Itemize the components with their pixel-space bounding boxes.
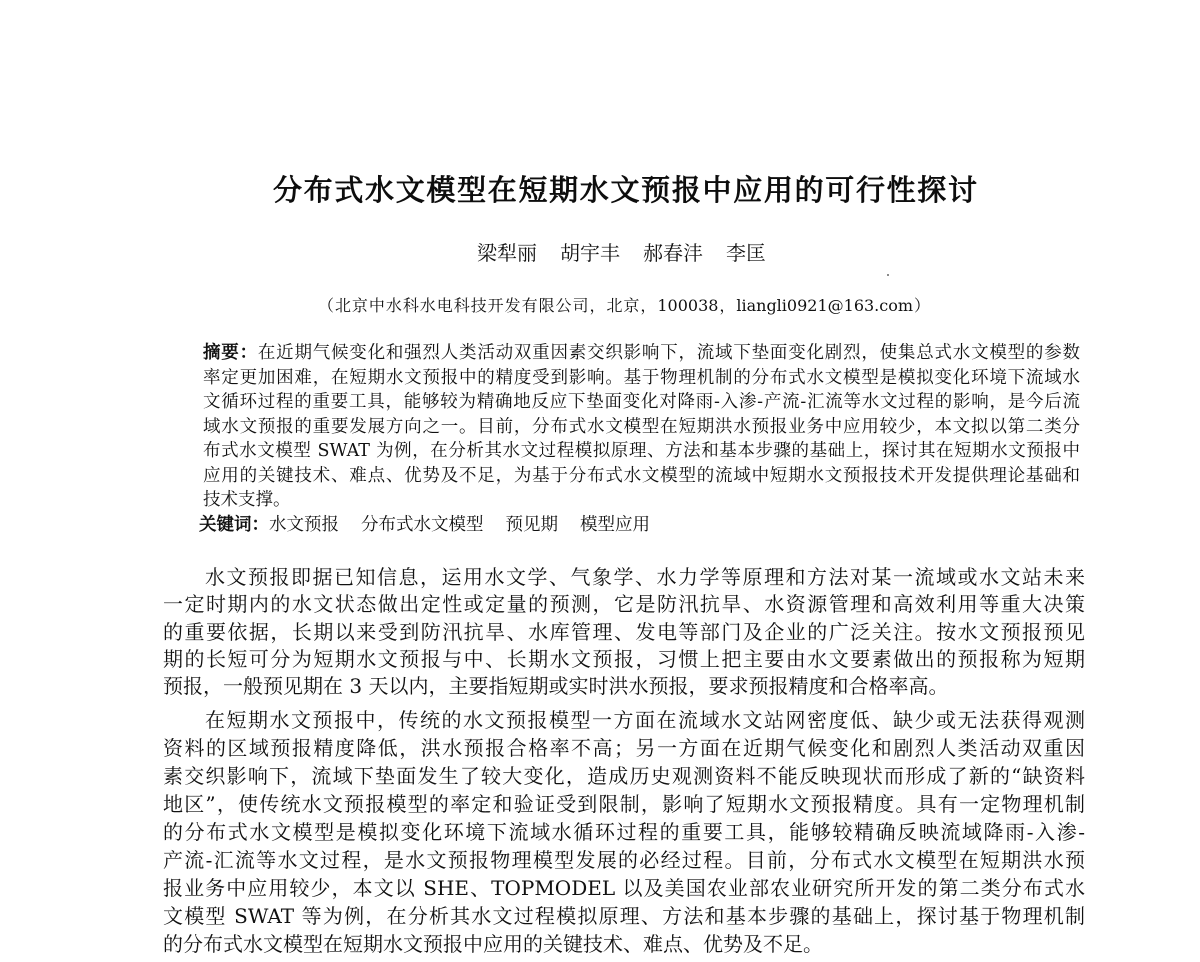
abstract-line: 域水文预报的重要发展方向之一。目前，分布式水文模型在短期洪水预报业务中应用较少，… bbox=[203, 415, 1080, 440]
author-list: 梁犁丽 胡宇丰 郝春沣 李匡 bbox=[477, 241, 766, 265]
author-name: 梁犁丽 bbox=[477, 241, 537, 265]
abstract-block: 摘要：在近期气候变化和强烈人类活动双重因素交织影响下，流域下垫面变化剧烈，使集总… bbox=[203, 341, 1080, 513]
author-name: 胡宇丰 bbox=[560, 241, 620, 265]
abstract-line: 布式水文模型 SWAT 为例，在分析其水文过程模拟原理、方法和基本步骤的基础上，… bbox=[203, 439, 1080, 464]
body-line: 资料的区域预报精度降低，洪水预报合格率不高；另一方面在近期气候变化和剧烈人类活动… bbox=[163, 734, 1085, 762]
body-line: 一定时期内的水文状态做出定性或定量的预测，它是防汛抗旱、水资源管理和高效利用等重… bbox=[163, 591, 1085, 618]
body-line: 报业务中应用较少，本文以 SHE、TOPMODEL 以及美国农业部农业研究所开发… bbox=[163, 874, 1085, 902]
abstract-line: 技术支撑。 bbox=[203, 488, 1080, 513]
abstract-line: 文循环过程的重要工具，能够较为精确地反应下垫面变化对降雨-入渗-产流-汇流等水文… bbox=[203, 390, 1080, 415]
abstract-text: 在近期气候变化和强烈人类活动双重因素交织影响下，流域下垫面变化剧烈，使集总式水文… bbox=[258, 343, 1080, 363]
scan-speck bbox=[887, 274, 889, 276]
author-affiliation: （北京中水科水电科技开发有限公司，北京，100038，liangli0921@1… bbox=[318, 296, 930, 316]
body-line: 的分布式水文模型是模拟变化环境下流域水循环过程的重要工具，能够较精确反映流域降雨… bbox=[163, 818, 1085, 846]
body-line: 水文预报即据已知信息，运用水文学、气象学、水力学等原理和方法对某一流域或水文站未… bbox=[163, 564, 1085, 591]
keyword: 水文预报 bbox=[269, 513, 339, 538]
body-paragraph: 在短期水文预报中，传统的水文预报模型一方面在流域水文站网密度低、缺少或无法获得观… bbox=[163, 706, 1085, 958]
abstract-line: 摘要：在近期气候变化和强烈人类活动双重因素交织影响下，流域下垫面变化剧烈，使集总… bbox=[203, 341, 1080, 366]
body-line: 产流-汇流等水文过程，是水文预报物理模型发展的必经过程。目前，分布式水文模型在短… bbox=[163, 846, 1085, 874]
author-name: 郝春沣 bbox=[643, 241, 703, 265]
body-line: 的分布式水文模型在短期水文预报中应用的关键技术、难点、优势及不足。 bbox=[163, 930, 1085, 958]
body-line: 素交织影响下，流域下垫面发生了较大变化，造成历史观测资料不能反映现状而形成了新的… bbox=[163, 762, 1085, 790]
body-line: 文模型 SWAT 等为例，在分析其水文过程模拟原理、方法和基本步骤的基础上，探讨… bbox=[163, 902, 1085, 930]
paper-title: 分布式水文模型在短期水文预报中应用的可行性探讨 bbox=[273, 172, 977, 208]
body-line: 预报，一般预见期在 3 天以内，主要指短期或实时洪水预报，要求预报精度和合格率高… bbox=[163, 673, 1085, 700]
body-line: 期的长短可分为短期水文预报与中、长期水文预报，习惯上把主要由水文要素做出的预报称… bbox=[163, 646, 1085, 673]
keyword: 预见期 bbox=[506, 513, 559, 538]
keyword: 模型应用 bbox=[580, 513, 650, 538]
abstract-line: 率定更加困难，在短期水文预报中的精度受到影响。基于物理机制的分布式水文模型是模拟… bbox=[203, 366, 1080, 391]
body-paragraph: 水文预报即据已知信息，运用水文学、气象学、水力学等原理和方法对某一流域或水文站未… bbox=[163, 564, 1085, 700]
keyword: 分布式水文模型 bbox=[361, 513, 484, 538]
abstract-line: 应用的关键技术、难点、优势及不足，为基于分布式水文模型的流域中短期水文预报技术开… bbox=[203, 464, 1080, 489]
body-line: 地区”，使传统水文预报模型的率定和验证受到限制，影响了短期水文预报精度。具有一定… bbox=[163, 790, 1085, 818]
keywords-label: 关键词： bbox=[199, 513, 269, 538]
body-line: 在短期水文预报中，传统的水文预报模型一方面在流域水文站网密度低、缺少或无法获得观… bbox=[163, 706, 1085, 734]
keywords-line: 关键词： 水文预报 分布式水文模型 预见期 模型应用 bbox=[199, 513, 672, 538]
paper-page: 分布式水文模型在短期水文预报中应用的可行性探讨 梁犁丽 胡宇丰 郝春沣 李匡 （… bbox=[0, 0, 1200, 962]
abstract-label: 摘要： bbox=[203, 343, 258, 363]
author-name: 李匡 bbox=[726, 241, 766, 265]
body-line: 的重要依据，长期以来受到防汛抗旱、水库管理、发电等部门及企业的广泛关注。按水文预… bbox=[163, 619, 1085, 646]
